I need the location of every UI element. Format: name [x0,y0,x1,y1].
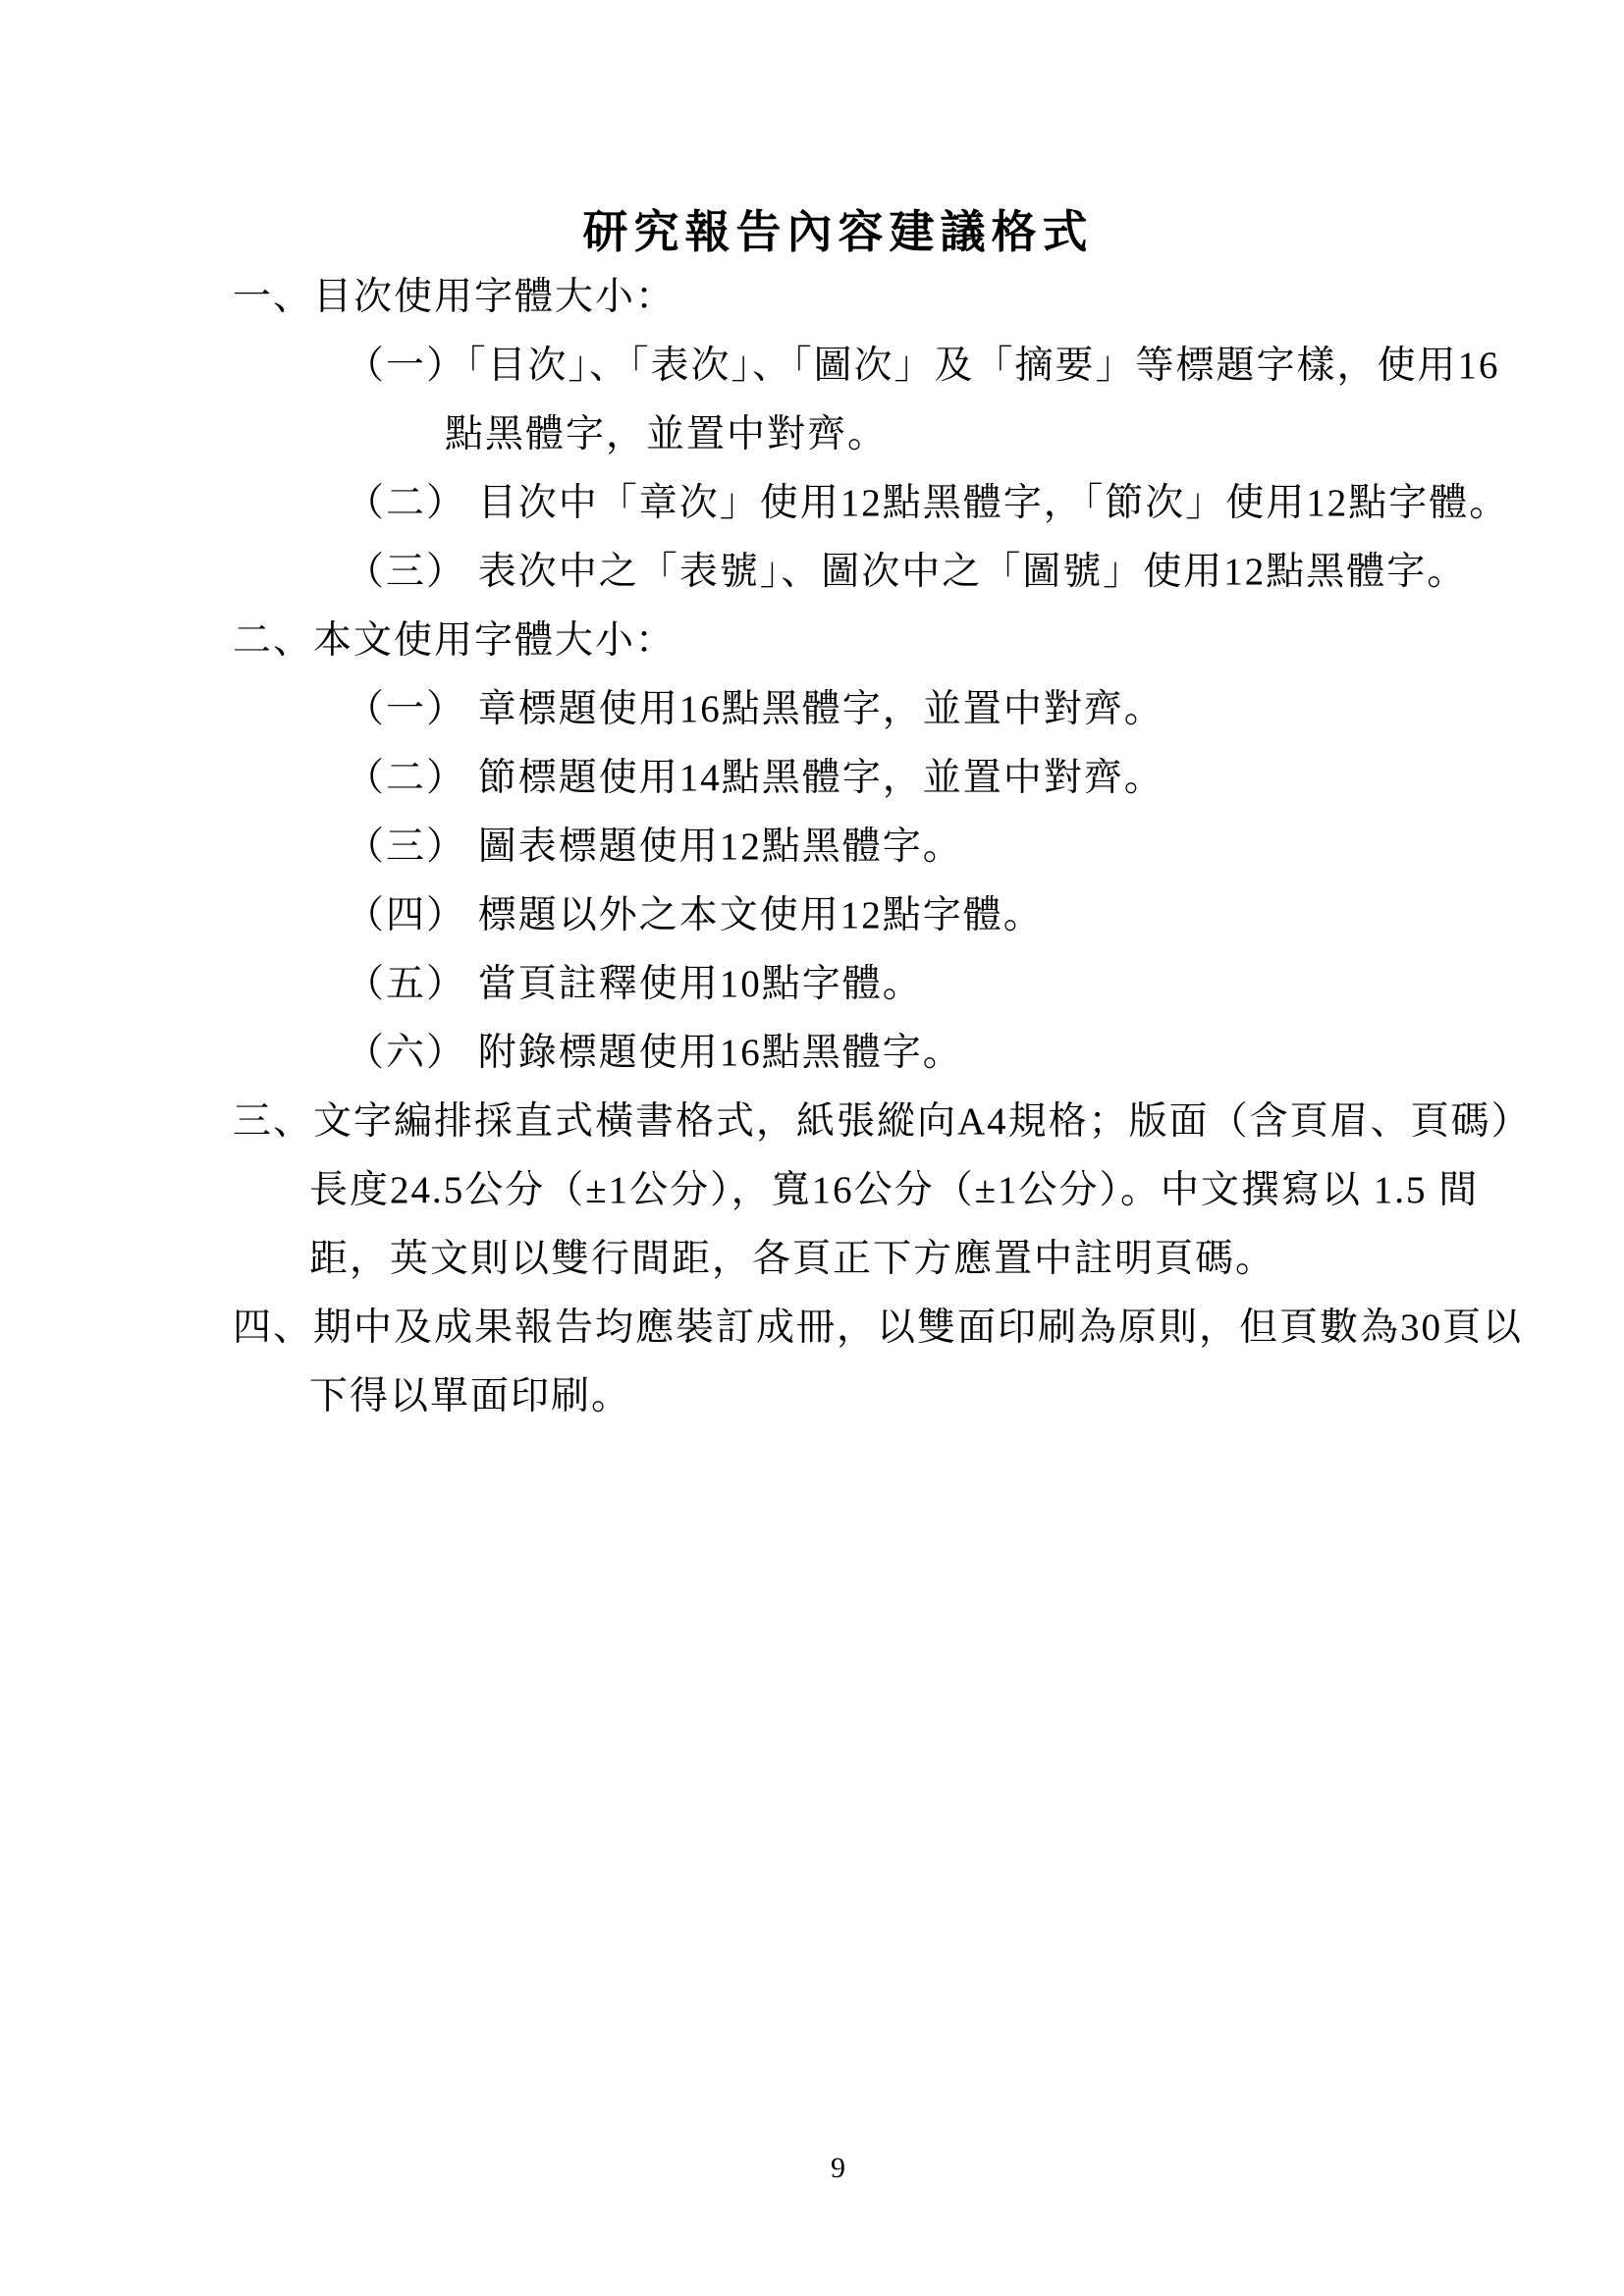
body-line-3: 點黑體字，並置中對齊。 [445,415,888,454]
body-line-7: （一） 章標題使用16點黑體字，並置中對齊。 [346,690,1164,728]
body-line-16: 四、期中及成果報告均應裝訂成冊，以雙面印刷為原則，但頁數為30頁以 [233,1308,1523,1347]
body-line-10: （四） 標題以外之本文使用12點字體。 [346,896,1044,934]
body-line-13: 三、文字編排採直式橫書格式，紙張縱向A4規格；版面（含頁眉、頁碼） [233,1102,1532,1141]
body-line-17: 下得以單面印刷。 [309,1377,631,1415]
body-line-11: （五） 當頁註釋使用10點字體。 [346,965,923,1003]
body-line-1: 一、目次使用字體大小： [233,278,676,316]
body-line-8: （二） 節標題使用14點黑體字，並置中對齊。 [346,759,1164,797]
body-line-12: （六） 附錄標題使用16點黑體字。 [346,1034,963,1072]
body-line-6: 二、本文使用字體大小： [233,621,676,660]
body-line-9: （三） 圖表標題使用12點黑體字。 [346,828,963,866]
body-line-15: 距，英文則以雙行間距，各頁正下方應置中註明頁碼。 [309,1240,1275,1278]
document-title: 研究報告內容建議格式 [233,196,1443,261]
page-number: 9 [233,2152,1443,2185]
body-line-4: （二） 目次中「章次」使用12點黑體字，「節次」使用12點字體。 [346,484,1509,522]
body-line-14: 長度24.5公分（±1公分），寬16公分（±1公分）。中文撰寫以 1.5 間 [309,1171,1479,1209]
body-line-5: （三） 表次中之「表號」、圖次中之「圖號」使用12點黑體字。 [346,553,1467,591]
document-page: 研究報告內容建議格式 一、目次使用字體大小： （一）「目次」、「表次」、「圖次」… [0,0,1624,2296]
body-line-2: （一）「目次」、「表次」、「圖次」及「摘要」等標題字樣，使用16 [346,347,1500,385]
